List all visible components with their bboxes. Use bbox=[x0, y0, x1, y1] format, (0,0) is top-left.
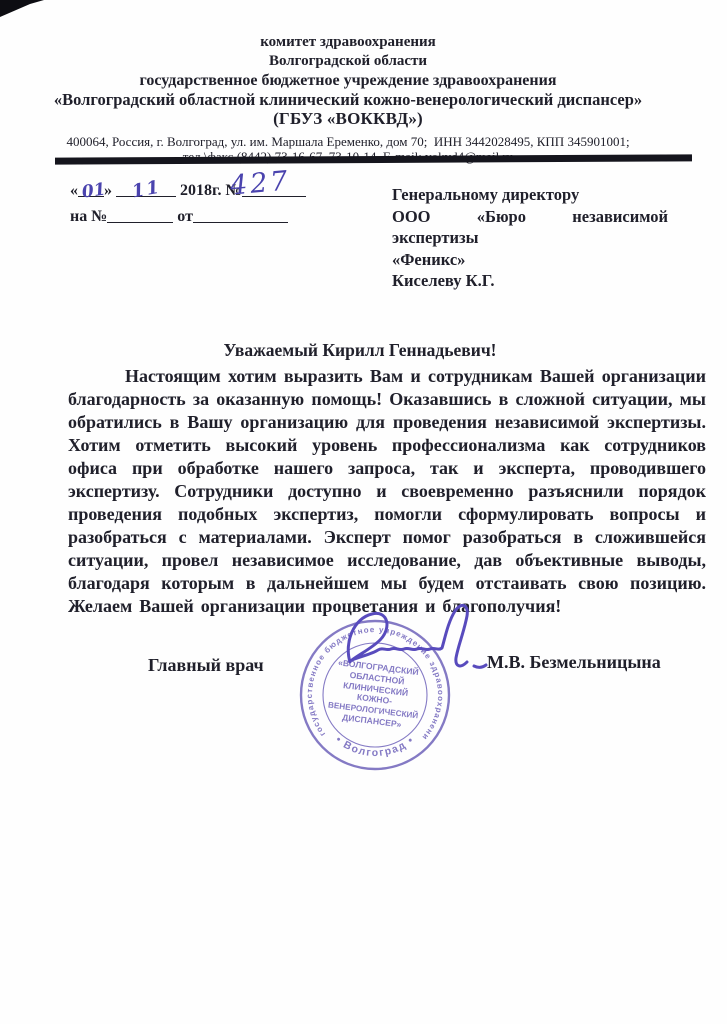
recipient-org: ООО «Бюро независимой экспертизы bbox=[392, 206, 668, 249]
signature-name: М.В. Безмельницына bbox=[487, 652, 661, 673]
reply-prefix: на № bbox=[70, 208, 107, 225]
signature-stroke-main bbox=[348, 605, 467, 666]
scanned-letter-page: комитет здравоохранения Волгоградской об… bbox=[0, 0, 727, 1024]
reply-number-blank bbox=[107, 209, 173, 223]
salutation: Уважаемый Кирилл Геннадьевич! bbox=[50, 340, 670, 361]
body-paragraph: Настоящим хотим выразить Вам и сотрудник… bbox=[68, 365, 706, 618]
reply-date-blank bbox=[193, 209, 288, 223]
address-line: 400064, Россия, г. Волгоград, ул. им. Ма… bbox=[0, 135, 696, 150]
handwritten-signature bbox=[328, 598, 513, 698]
org-short-name: (ГБУЗ «ВОККВД») bbox=[0, 109, 696, 129]
letterhead: комитет здравоохранения Волгоградской об… bbox=[0, 33, 696, 164]
recipient-person: Киселеву К.Г. bbox=[392, 270, 668, 292]
signature-stroke-tail bbox=[474, 665, 486, 667]
reply-from-label: от bbox=[177, 208, 193, 225]
recipient-block: Генеральному директору ООО «Бюро независ… bbox=[392, 184, 668, 292]
scan-corner-artifact bbox=[0, 0, 44, 17]
reply-reference-line: на № от bbox=[70, 204, 400, 230]
open-quote: « bbox=[70, 182, 78, 199]
reference-block: «» 2018г. № на № от 01 11 427 bbox=[70, 178, 400, 230]
handwritten-outgoing-number: 427 bbox=[229, 165, 292, 201]
org-type-line: государственное бюджетное учреждение здр… bbox=[0, 71, 696, 90]
recipient-org-name: «Феникс» bbox=[392, 249, 668, 271]
recipient-title: Генеральному директору bbox=[392, 184, 668, 206]
signature-role: Главный врач bbox=[148, 655, 264, 676]
org-name-line: «Волгоградский областной клинический кож… bbox=[0, 90, 696, 109]
committee-line-1: комитет здравоохранения bbox=[0, 33, 696, 52]
handwritten-day: 01 bbox=[81, 179, 107, 202]
committee-line-2: Волгоградской области bbox=[0, 52, 696, 71]
year-label: 2018г. bbox=[180, 182, 221, 199]
